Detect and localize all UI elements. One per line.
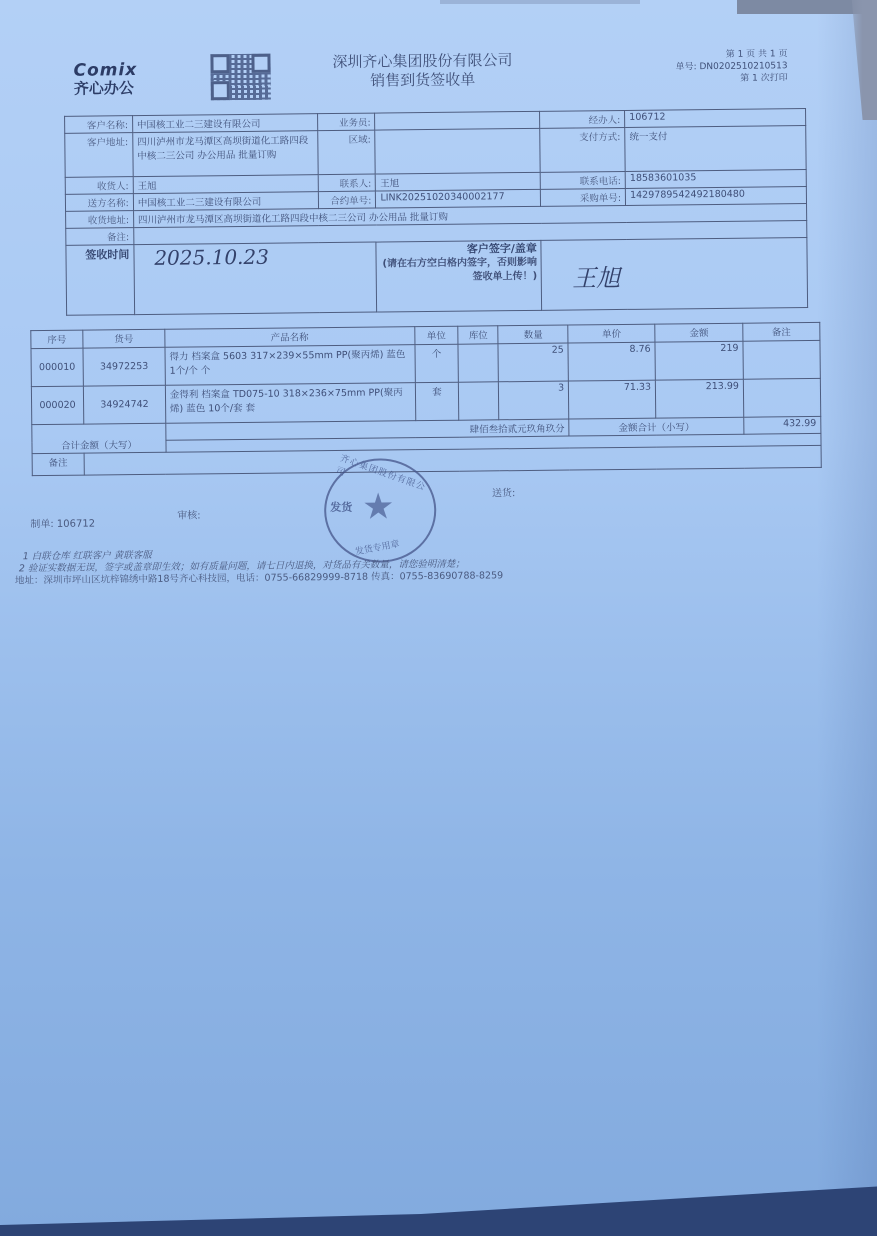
col-remark: 备注 <box>743 322 820 341</box>
col-qty: 数量 <box>498 325 568 344</box>
customer-signature: 王旭 <box>541 238 807 311</box>
col-amount: 金额 <box>655 323 743 342</box>
label-handler: 经办人: <box>540 110 625 128</box>
logo-en: Comix <box>73 61 137 80</box>
logo-cn: 齐心办公 <box>74 79 138 98</box>
row-price: 8.76 <box>568 342 655 381</box>
label-contact: 联系人: <box>318 174 376 192</box>
label-delivery-address: 收货地址: <box>66 211 134 229</box>
label-contract: 合约单号: <box>318 191 376 209</box>
company-logo: Comix 齐心办公 <box>73 61 137 98</box>
stamp-center-text: 发货 <box>330 499 352 515</box>
label-region: 区域: <box>317 130 375 175</box>
contract-number: LINK20251020340002177 <box>376 189 541 208</box>
row-location <box>459 382 499 420</box>
label-total-upper: 合计金额（大写） <box>32 423 166 453</box>
print-count: 第 1 次打印 <box>618 72 788 86</box>
row-code: 34972253 <box>83 347 165 386</box>
label-ship-to: 送方名称: <box>65 194 133 212</box>
company-name: 深圳齐心集团股份有限公司 <box>297 51 547 73</box>
signature-instruction: 客户签字/盖章 (请在右方空白格内签字，否则影响签收单上传！) <box>376 240 542 312</box>
star-icon: ★ <box>362 486 395 527</box>
col-price: 单价 <box>568 324 655 343</box>
row-product-name: 金得利 档案盒 TD075-10 318×236×75mm PP(聚丙烯) 蓝色… <box>165 383 415 424</box>
salesman <box>375 111 540 130</box>
row-amount: 213.99 <box>655 379 743 418</box>
items-table: 序号 货号 产品名称 单位 库位 数量 单价 金额 备注 000010 3497… <box>30 322 821 476</box>
row-qty: 25 <box>498 343 568 382</box>
purchase-number: 1429789542492180480 <box>625 187 806 206</box>
label-receiver: 收货人: <box>65 177 133 195</box>
label-sign-time: 签收时间 <box>66 245 135 316</box>
row-code: 34924742 <box>83 385 165 424</box>
total-lower: 432.99 <box>744 416 821 434</box>
doc-title: 销售到货签收单 <box>298 70 548 92</box>
row-qty: 3 <box>499 381 569 420</box>
col-location: 库位 <box>458 326 498 344</box>
label-customer-name: 客户名称: <box>65 116 133 134</box>
row-seq: 000010 <box>31 348 83 387</box>
signature-note: (请在右方空白格内签字，否则影响签收单上传！) <box>381 256 537 286</box>
row-amount: 219 <box>655 341 743 380</box>
info-table: 客户名称: 中国核工业二三建设有限公司 业务员: 经办人: 106712 客户地… <box>64 108 808 316</box>
label-reviewer: 审核: <box>177 509 201 522</box>
row-unit: 套 <box>415 382 459 420</box>
col-unit: 单位 <box>414 326 458 344</box>
label-remark: 备注: <box>66 228 134 246</box>
stamp-bottom-text: 发货专用章 <box>354 537 401 558</box>
label-delivery: 送货: <box>492 487 516 500</box>
delivery-receipt-document: Comix 齐心办公 深圳齐心集团股份有限公司 销售到货签收单 第 1 页 共 … <box>0 0 877 624</box>
customer-name: 中国核工业二三建设有限公司 <box>132 114 317 133</box>
row-price: 71.33 <box>569 380 656 419</box>
label-purchase: 采购单号: <box>541 188 626 206</box>
company-seal-stamp: 齐心集团股份有限公司 ★ 发货 发货专用章 <box>324 458 437 563</box>
region <box>375 128 540 174</box>
handler: 106712 <box>625 109 806 128</box>
label-customer-address: 客户地址: <box>65 133 133 178</box>
col-seq: 序号 <box>31 330 83 349</box>
document-meta: 第 1 页 共 1 页 单号: DN0202510210513 第 1 次打印 <box>617 48 787 86</box>
ship-to: 中国核工业二三建设有限公司 <box>133 192 318 211</box>
row-remark <box>743 340 820 379</box>
contact: 王旭 <box>376 172 541 191</box>
label-salesman: 业务员: <box>317 113 375 131</box>
maker: 制单: 106712 <box>30 518 95 532</box>
sign-time-handwritten: 2025.10.23 <box>134 242 377 315</box>
col-code: 货号 <box>83 329 165 348</box>
payment-method: 统一支付 <box>625 126 806 172</box>
row-unit: 个 <box>414 344 458 382</box>
row-location <box>458 344 498 382</box>
label-total-lower: 金额合计（小写） <box>569 417 744 436</box>
receiver: 王旭 <box>133 175 318 194</box>
label-phone: 联系电话: <box>541 171 626 189</box>
label-items-remark: 备注 <box>32 453 84 476</box>
customer-address: 四川泸州市龙马潭区高坝街道化工路四段中核二三公司 办公用品 批量订购 <box>133 131 318 177</box>
document-title: 深圳齐心集团股份有限公司 销售到货签收单 <box>297 51 547 92</box>
row-product-name: 得力 档案盒 5603 317×239×55mm PP(聚丙烯) 蓝色 1个/个… <box>165 345 415 386</box>
row-remark <box>743 378 820 417</box>
qr-code-icon <box>210 54 270 101</box>
row-seq: 000020 <box>31 386 83 425</box>
phone: 18583601035 <box>625 170 806 189</box>
label-payment: 支付方式: <box>540 127 625 172</box>
